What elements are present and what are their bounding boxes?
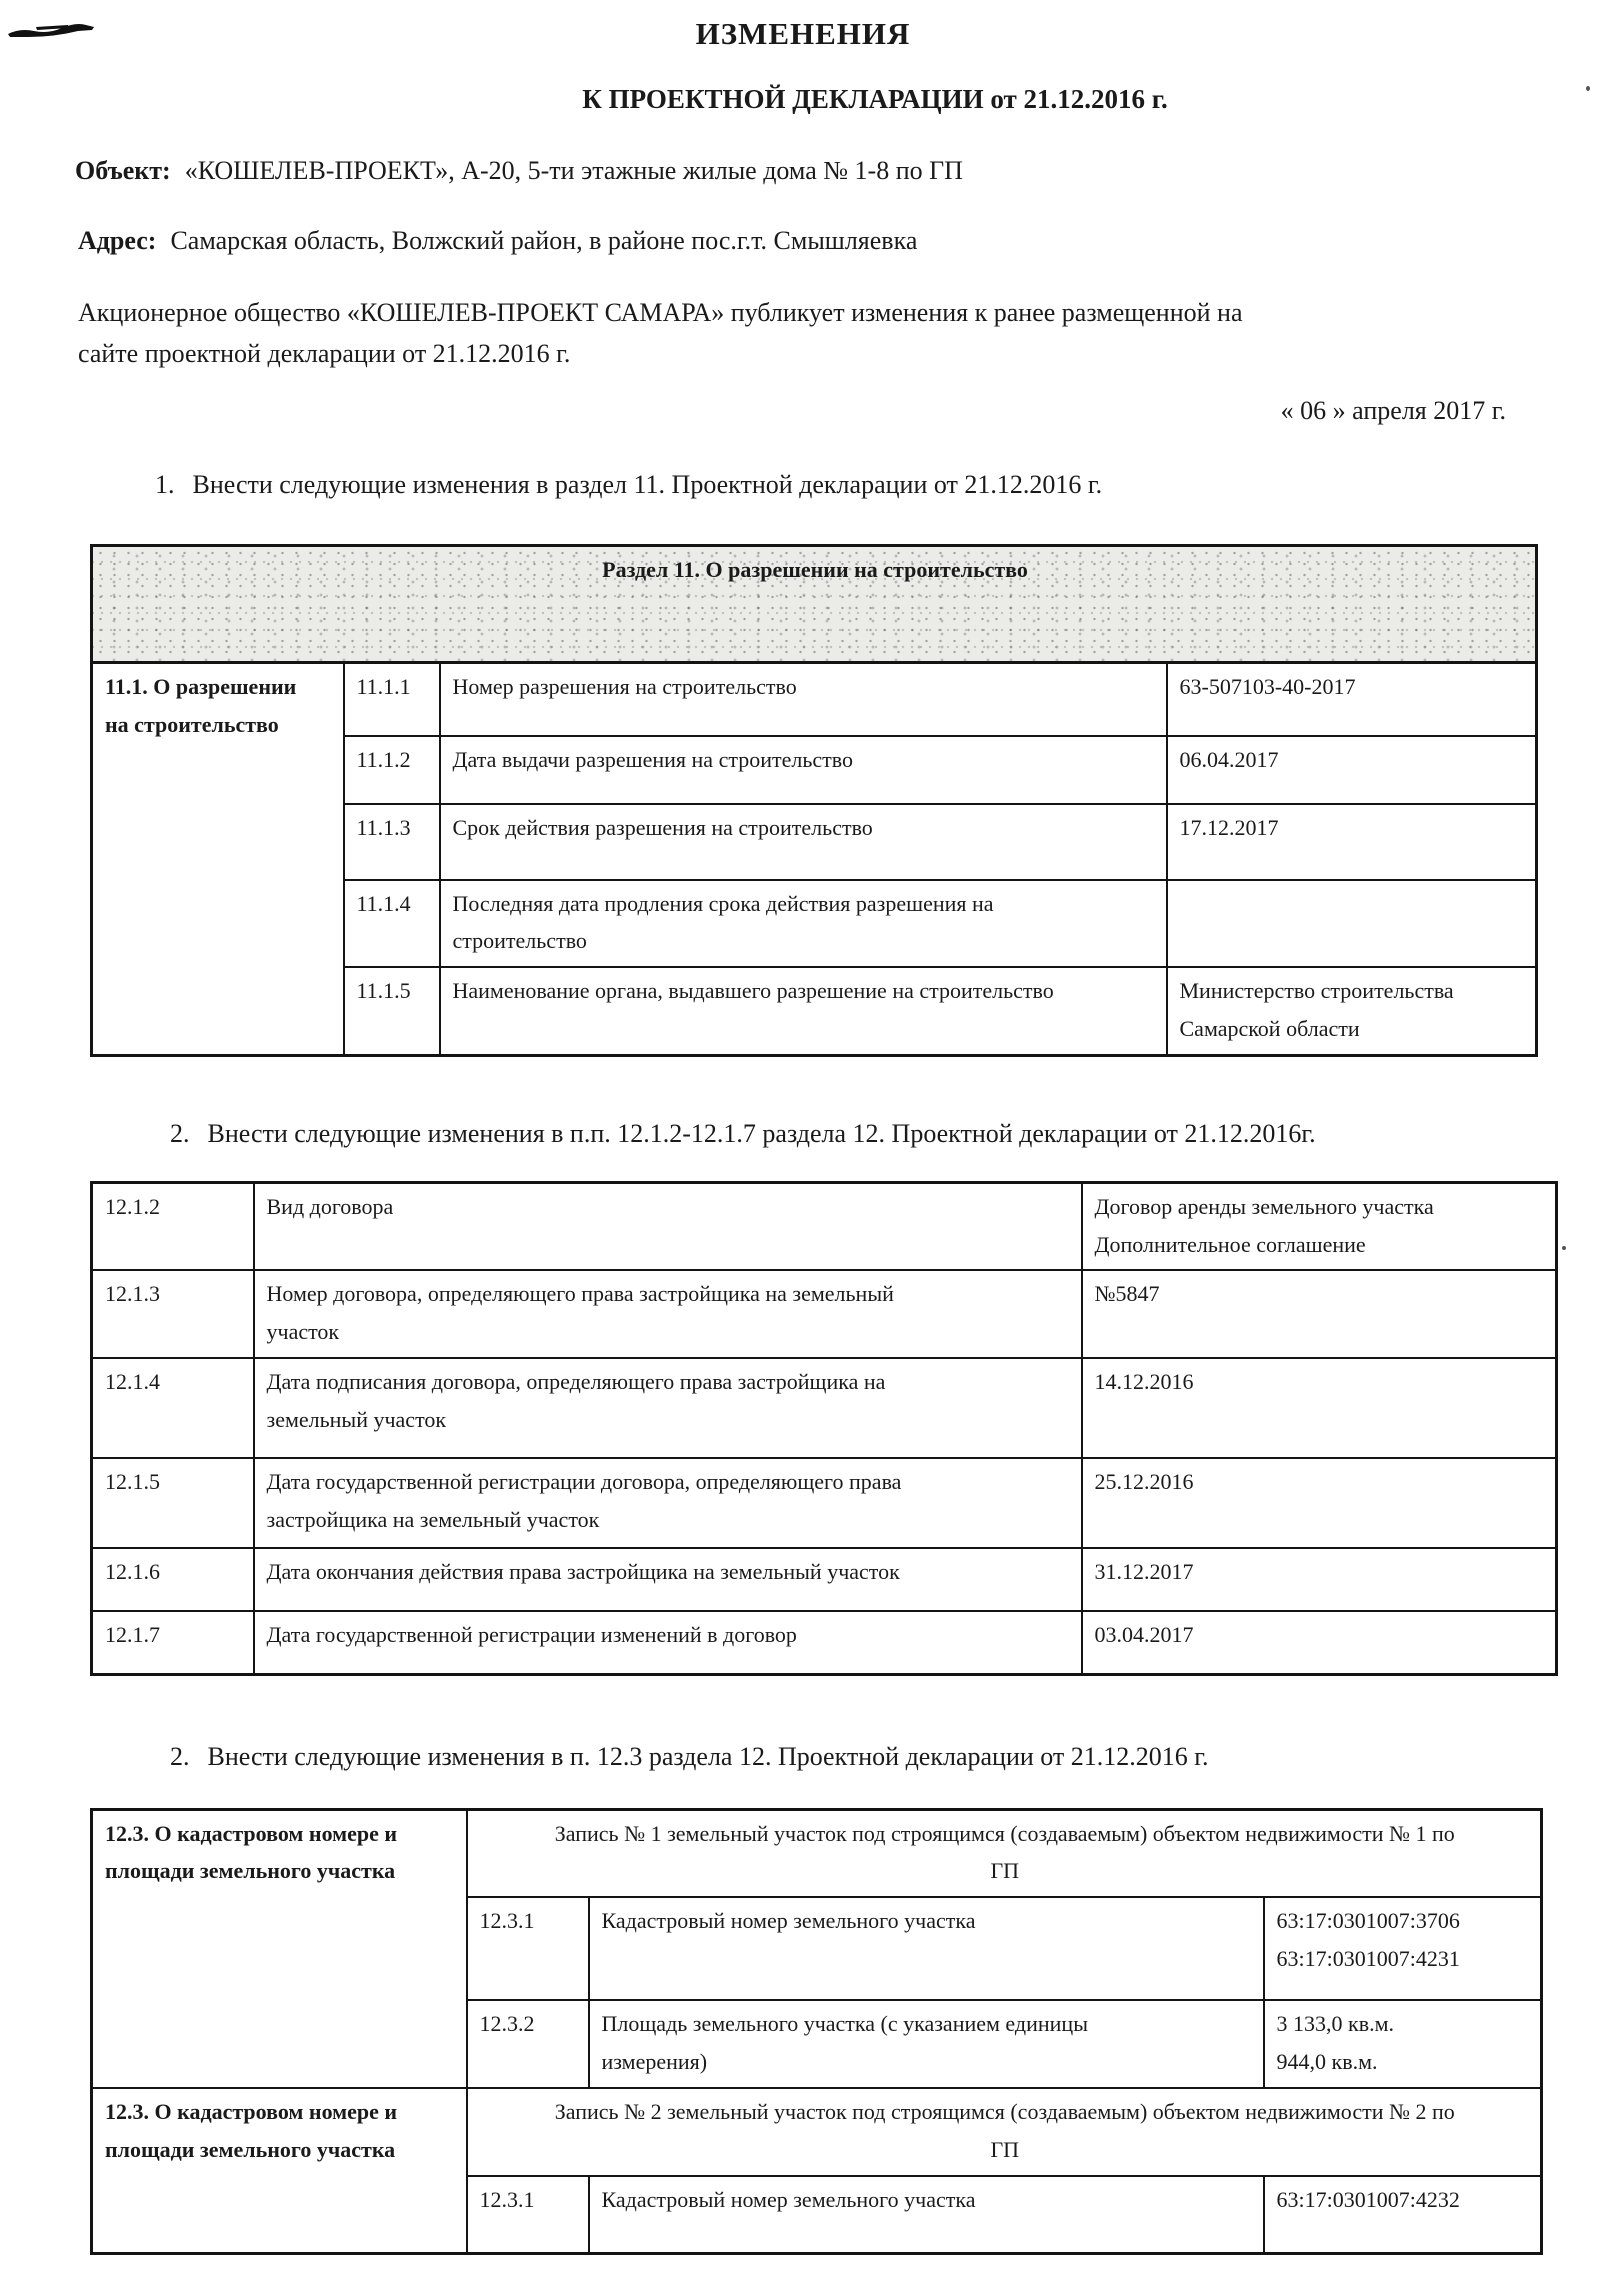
table-row: Раздел 11. О разрешении на строительство xyxy=(92,546,1537,663)
address-line: Адрес:Самарская область, Волжский район,… xyxy=(78,224,1606,258)
section-text: Внести следующие изменения в раздел 11. … xyxy=(193,470,1103,499)
table-row: 12.1.2 Вид договора Договор аренды земел… xyxy=(92,1182,1557,1270)
scanned-document-page: ИЗМЕНЕНИЯ К ПРОЕКТНОЙ ДЕКЛАРАЦИИ от 21.1… xyxy=(0,0,1606,2290)
table-row: 12.3. О кадастровом номере и площади зем… xyxy=(92,2088,1542,2176)
row-code-cell: 11.1.2 xyxy=(344,736,440,804)
row-code-cell: 11.1.5 xyxy=(344,967,440,1055)
question-cell: Номер разрешения на строительство xyxy=(440,663,1167,736)
question-cell: Площадь земельного участка (с указанием … xyxy=(589,2000,1264,2088)
row-code-cell: 12.1.5 xyxy=(92,1458,254,1548)
table-row: 12.1.4 Дата подписания договора, определ… xyxy=(92,1358,1557,1458)
question-cell: Срок действия разрешения на строительств… xyxy=(440,804,1167,880)
question-cell: Наименование органа, выдавшего разрешени… xyxy=(440,967,1167,1055)
value-cell: 31.12.2017 xyxy=(1082,1548,1557,1611)
question-cell: Дата окончания действия права застройщик… xyxy=(254,1548,1082,1611)
table-row: 12.1.6 Дата окончания действия права зас… xyxy=(92,1548,1557,1611)
value-cell: 17.12.2017 xyxy=(1167,804,1537,880)
table-row: 12.1.3 Номер договора, определяющего пра… xyxy=(92,1270,1557,1358)
value-cell: 63:17:0301007:4232 xyxy=(1264,2176,1542,2254)
value-cell: 03.04.2017 xyxy=(1082,1611,1557,1674)
address-label: Адрес: xyxy=(78,226,156,255)
question-cell: Вид договора xyxy=(254,1182,1082,1270)
question-cell: Последняя дата продления срока действия … xyxy=(440,880,1167,968)
address-value: Самарская область, Волжский район, в рай… xyxy=(170,226,917,255)
value-cell: 25.12.2016 xyxy=(1082,1458,1557,1548)
row-code-cell: 12.1.2 xyxy=(92,1182,254,1270)
section-12-1-table: 12.1.2 Вид договора Договор аренды земел… xyxy=(90,1181,1558,1676)
scan-artifact-speck xyxy=(1562,1246,1566,1250)
table-11-header-cell: Раздел 11. О разрешении на строительство xyxy=(92,546,1537,663)
section-number: 2. xyxy=(170,1119,190,1148)
group-label-cell: 12.3. О кадастровом номере и площади зем… xyxy=(92,2088,467,2254)
row-code-cell: 12.1.3 xyxy=(92,1270,254,1358)
value-cell: 63:17:0301007:3706 63:17:0301007:4231 xyxy=(1264,1897,1542,2000)
value-cell: 63-507103-40-2017 xyxy=(1167,663,1537,736)
question-cell: Дата государственной регистрации договор… xyxy=(254,1458,1082,1548)
document-subtitle: К ПРОЕКТНОЙ ДЕКЛАРАЦИИ от 21.12.2016 г. xyxy=(72,82,1606,116)
group-label-cell: 11.1. О разрешении на строительство xyxy=(92,663,344,1056)
row-code-cell: 12.3.1 xyxy=(467,2176,589,2254)
table-row: 12.3. О кадастровом номере и площади зем… xyxy=(92,1809,1542,1897)
row-code-cell: 11.1.4 xyxy=(344,880,440,968)
row-code-cell: 12.3.2 xyxy=(467,2000,589,2088)
record-header-cell: Запись № 2 земельный участок под строящи… xyxy=(467,2088,1542,2176)
table-row: 11.1. О разрешении на строительство 11.1… xyxy=(92,663,1537,736)
object-value: «КОШЕЛЕВ-ПРОЕКТ», А-20, 5-ти этажные жил… xyxy=(185,156,963,185)
question-cell: Кадастровый номер земельного участка xyxy=(589,2176,1264,2254)
record-header-cell: Запись № 1 земельный участок под строящи… xyxy=(467,1809,1542,1897)
section-heading-3: 2.Внести следующие изменения в п. 12.3 р… xyxy=(170,1740,1606,1774)
question-cell: Дата выдачи разрешения на строительство xyxy=(440,736,1167,804)
value-cell: Договор аренды земельного участка Дополн… xyxy=(1082,1182,1557,1270)
question-cell: Кадастровый номер земельного участка xyxy=(589,1897,1264,2000)
document-title: ИЗМЕНЕНИЯ xyxy=(0,16,1606,52)
intro-paragraph: Акционерное общество «КОШЕЛЕВ-ПРОЕКТ САМ… xyxy=(78,292,1528,374)
object-line: Объект:«КОШЕЛЕВ-ПРОЕКТ», А-20, 5-ти этаж… xyxy=(75,154,1606,188)
row-code-cell: 11.1.1 xyxy=(344,663,440,736)
section-text: Внести следующие изменения в п. 12.3 раз… xyxy=(208,1742,1209,1771)
question-cell: Дата государственной регистрации изменен… xyxy=(254,1611,1082,1674)
table-row: 12.1.5 Дата государственной регистрации … xyxy=(92,1458,1557,1548)
group-label-cell: 12.3. О кадастровом номере и площади зем… xyxy=(92,1809,467,2088)
table-row: 12.1.7 Дата государственной регистрации … xyxy=(92,1611,1557,1674)
section-heading-1: 1.Внести следующие изменения в раздел 11… xyxy=(155,468,1606,502)
section-11-table: Раздел 11. О разрешении на строительство… xyxy=(90,544,1538,1057)
value-cell: 3 133,0 кв.м. 944,0 кв.м. xyxy=(1264,2000,1542,2088)
section-text: Внести следующие изменения в п.п. 12.1.2… xyxy=(208,1119,1316,1148)
value-cell: Министерство строительства Самарской обл… xyxy=(1167,967,1537,1055)
question-cell: Дата подписания договора, определяющего … xyxy=(254,1358,1082,1458)
value-cell: №5847 xyxy=(1082,1270,1557,1358)
row-code-cell: 12.3.1 xyxy=(467,1897,589,2000)
question-cell: Номер договора, определяющего права заст… xyxy=(254,1270,1082,1358)
object-label: Объект: xyxy=(75,156,171,185)
value-cell: 06.04.2017 xyxy=(1167,736,1537,804)
scan-artifact-scribble xyxy=(6,18,98,44)
value-cell: 14.12.2016 xyxy=(1082,1358,1557,1458)
section-12-3-table: 12.3. О кадастровом номере и площади зем… xyxy=(90,1808,1543,2255)
row-code-cell: 12.1.4 xyxy=(92,1358,254,1458)
row-code-cell: 12.1.7 xyxy=(92,1611,254,1674)
publication-date-line: « 06 » апреля 2017 г. xyxy=(0,394,1506,428)
section-number: 1. xyxy=(155,470,175,499)
section-heading-2: 2.Внести следующие изменения в п.п. 12.1… xyxy=(170,1117,1606,1151)
row-code-cell: 11.1.3 xyxy=(344,804,440,880)
row-code-cell: 12.1.6 xyxy=(92,1548,254,1611)
section-number: 2. xyxy=(170,1742,190,1771)
value-cell xyxy=(1167,880,1537,968)
